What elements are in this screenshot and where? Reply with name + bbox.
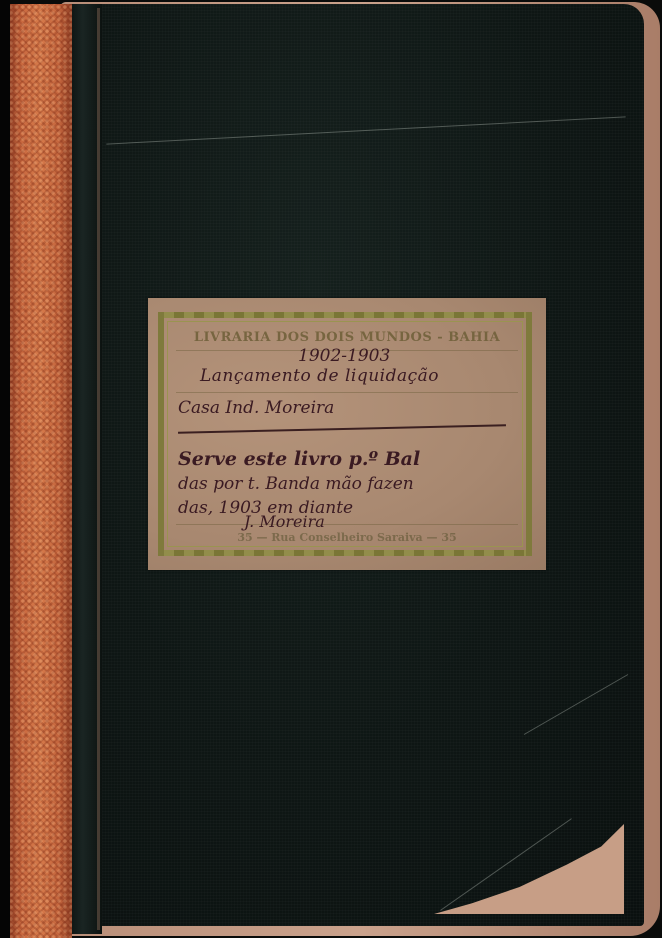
woven-spine — [8, 4, 72, 938]
hinge-line — [97, 8, 100, 930]
handwritten-line-4: das por t. Banda mão fazen — [178, 474, 414, 494]
handwritten-signature: J. Moreira — [244, 512, 325, 531]
label-rule — [176, 524, 518, 525]
label-printed-footer: 35 — Rua Conselheiro Saraiva — 35 — [172, 531, 522, 544]
cover-crease — [524, 674, 628, 735]
cover-crease — [106, 116, 625, 144]
notebook-photo: LIVRARIA DOS DOIS MUNDOS - BAHIA 1902-19… — [0, 0, 662, 938]
worn-corner — [434, 824, 624, 914]
handwritten-years: 1902-1903 — [298, 346, 390, 366]
handwritten-line-3: Serve este livro p.º Bal — [178, 448, 420, 470]
handwritten-line-1: Lançamento de liquidação — [200, 366, 439, 386]
handwritten-line-2: Casa Ind. Moreira — [178, 398, 334, 418]
spine-shadow — [0, 0, 10, 938]
label-printed-header: LIVRARIA DOS DOIS MUNDOS - BAHIA — [172, 330, 522, 345]
label-rule — [176, 392, 518, 393]
paper-label: LIVRARIA DOS DOIS MUNDOS - BAHIA 1902-19… — [148, 298, 546, 570]
